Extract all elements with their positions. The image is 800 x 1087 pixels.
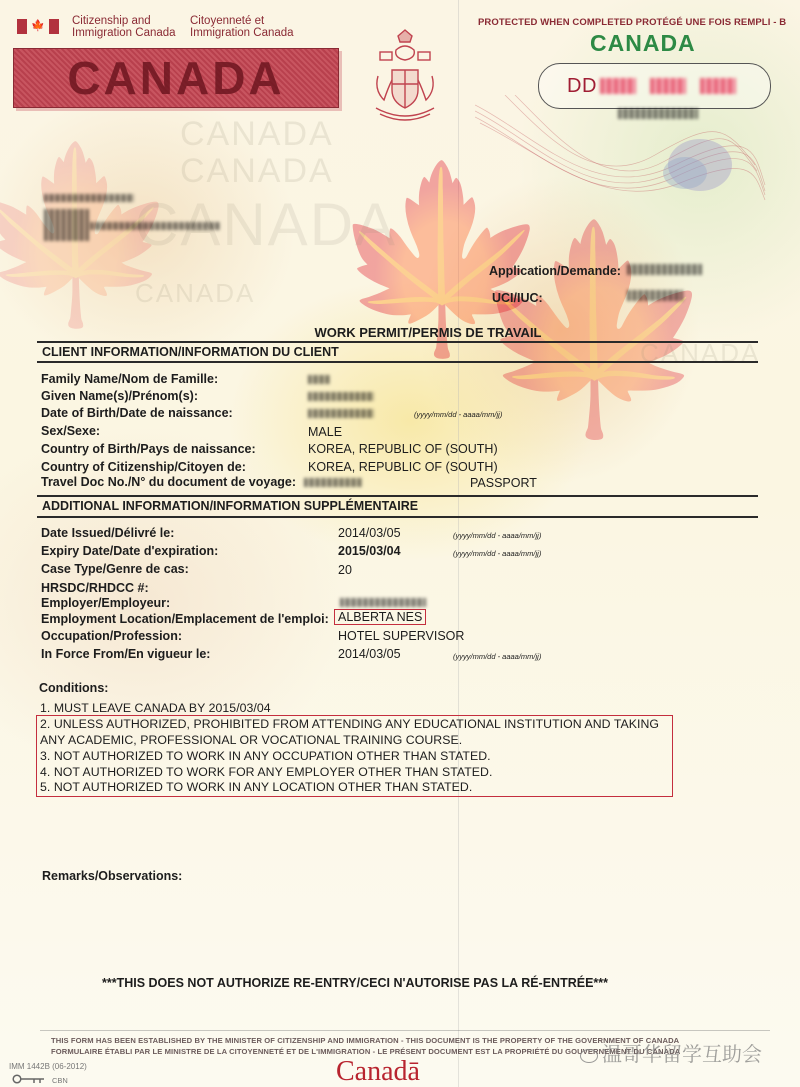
- travel-doc-number-redacted: [304, 478, 362, 487]
- serial-redacted: [600, 78, 736, 94]
- employer-label: Employer/Employeur:: [41, 596, 170, 610]
- condition-item: ANY ACADEMIC, PROFESSIONAL OR VOCATIONAL…: [40, 733, 462, 747]
- occupation-value: HOTEL SUPERVISOR: [338, 629, 464, 643]
- divider: [37, 495, 758, 497]
- client-address-redacted: [44, 209, 89, 241]
- sex-label: Sex/Sexe:: [41, 424, 100, 438]
- canada-watermark: CANADA: [180, 152, 334, 191]
- client-address-redacted: [90, 222, 220, 230]
- printer-code: CBN: [52, 1076, 68, 1085]
- employment-location-value: ALBERTA NES: [334, 610, 426, 624]
- condition-item: 1. MUST LEAVE CANADA BY 2015/03/04: [40, 701, 271, 715]
- in-force-label: In Force From/En vigueur le:: [41, 647, 210, 661]
- date-issued-value: 2014/03/05: [338, 526, 401, 540]
- canada-flag-icon: 🍁: [17, 19, 59, 34]
- department-name-fr: Citoyenneté et Immigration Canada: [190, 15, 294, 39]
- date-format-hint: (yyyy/mm/dd - aaaa/mm/jj): [414, 410, 502, 419]
- divider: [37, 361, 758, 363]
- client-info-heading: CLIENT INFORMATION/INFORMATION DU CLIENT: [42, 345, 339, 359]
- application-label: Application/Demande:: [489, 264, 621, 278]
- condition-item: 4. NOT AUTHORIZED TO WORK FOR ANY EMPLOY…: [40, 765, 492, 779]
- date-of-birth-redacted: [308, 409, 374, 418]
- wechat-icon: [580, 1049, 598, 1063]
- protected-notice: PROTECTED WHEN COMPLETED PROTÉGÉ UNE FOI…: [478, 17, 786, 28]
- case-type-value: 20: [338, 563, 352, 577]
- serial-prefix: DD: [567, 75, 597, 98]
- condition-item: 3. NOT AUTHORIZED TO WORK IN ANY OCCUPAT…: [40, 749, 491, 763]
- department-name-en: Citizenship and Immigration Canada: [72, 15, 176, 39]
- date-issued-label: Date Issued/Délivré le:: [41, 526, 174, 540]
- canada-watermark: CANADA: [135, 278, 255, 309]
- canada-watermark: CANADA: [180, 115, 334, 154]
- date-format-hint: (yyyy/mm/dd - aaaa/mm/jj): [453, 531, 541, 540]
- date-format-hint: (yyyy/mm/dd - aaaa/mm/jj): [453, 549, 541, 558]
- canada-wordmark: Canadā: [336, 1058, 420, 1086]
- wechat-watermark: 温哥华留学互助会: [580, 1038, 762, 1067]
- case-type-label: Case Type/Genre de cas:: [41, 562, 189, 576]
- document-serial-number: DD: [538, 63, 771, 109]
- form-code: IMM 1442B (06-2012): [9, 1062, 87, 1071]
- condition-item: 5. NOT AUTHORIZED TO WORK IN ANY LOCATIO…: [40, 780, 472, 794]
- application-number-redacted: [627, 264, 702, 275]
- travel-doc-label: Travel Doc No./N° du document de voyage:: [41, 475, 296, 489]
- divider: [37, 516, 758, 518]
- canada-banner: CANADA: [13, 48, 339, 108]
- given-name-label: Given Name(s)/Prénom(s):: [41, 389, 198, 403]
- conditions-label: Conditions:: [39, 681, 108, 695]
- condition-item: 2. UNLESS AUTHORIZED, PROHIBITED FROM AT…: [40, 717, 659, 731]
- coat-of-arms-icon: [370, 28, 440, 126]
- travel-doc-type: PASSPORT: [470, 476, 537, 490]
- date-of-birth-label: Date of Birth/Date de naissance:: [41, 406, 233, 420]
- canada-heading: CANADA: [590, 30, 696, 57]
- client-address-redacted: [44, 194, 134, 202]
- citizenship-label: Country of Citizenship/Citoyen de:: [41, 460, 246, 474]
- family-name-label: Family Name/Nom de Famille:: [41, 372, 218, 386]
- employment-location-highlight: ALBERTA NES: [334, 609, 426, 625]
- country-of-birth-label: Country of Birth/Pays de naissance:: [41, 442, 256, 456]
- citizenship-value: KOREA, REPUBLIC OF (SOUTH): [308, 460, 498, 474]
- reentry-notice: ***THIS DOES NOT AUTHORIZE RE-ENTRY/CECI…: [0, 976, 710, 990]
- occupation-label: Occupation/Profession:: [41, 629, 182, 643]
- given-name-redacted: [308, 392, 374, 401]
- family-name-redacted: [308, 375, 330, 384]
- date-format-hint: (yyyy/mm/dd - aaaa/mm/jj): [453, 652, 541, 661]
- employer-redacted: [340, 598, 426, 607]
- document-title: WORK PERMIT/PERMIS DE TRAVAIL: [0, 325, 800, 340]
- expiry-date-value: 2015/03/04: [338, 544, 401, 558]
- hrsdc-label: HRSDC/RHDCC #:: [41, 581, 149, 595]
- footer-divider: [40, 1030, 770, 1031]
- serial-subcode-redacted: [618, 108, 698, 119]
- employment-location-label: Employment Location/Emplacement de l'emp…: [41, 612, 329, 626]
- additional-info-heading: ADDITIONAL INFORMATION/INFORMATION SUPPL…: [42, 499, 418, 513]
- uci-label: UCI/IUC:: [492, 291, 543, 305]
- sex-value: MALE: [308, 425, 342, 439]
- remarks-label: Remarks/Observations:: [42, 869, 182, 883]
- divider: [37, 341, 758, 343]
- in-force-value: 2014/03/05: [338, 647, 401, 661]
- expiry-date-label: Expiry Date/Date d'expiration:: [41, 544, 218, 558]
- uci-number-redacted: [627, 290, 683, 301]
- key-icon: [12, 1074, 46, 1084]
- country-of-birth-value: KOREA, REPUBLIC OF (SOUTH): [308, 442, 498, 456]
